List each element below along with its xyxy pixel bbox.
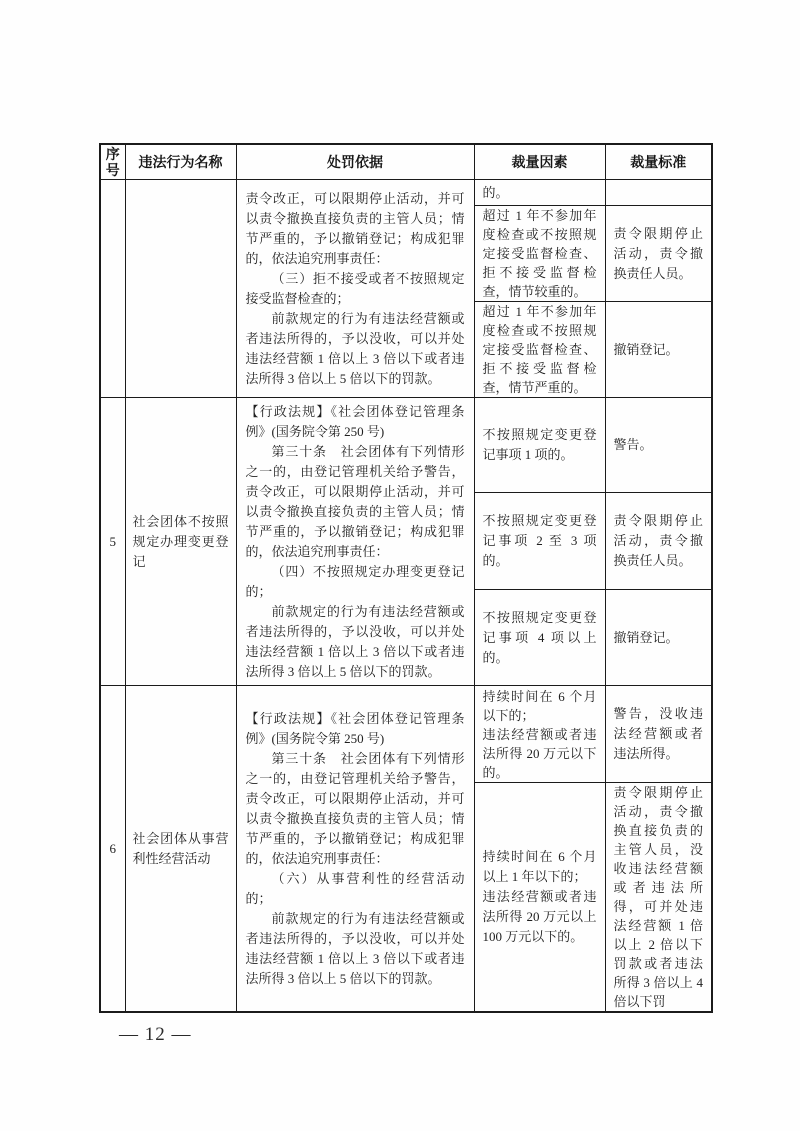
- r5-standard-cell-2: 责令限期停止活动，责令撤换责任人员。: [605, 493, 712, 590]
- table-row: 6 社会团体从事营利性经营活动 【行政法规】《社会团体登记管理条例》(国务院令第…: [100, 686, 712, 783]
- r6-factor-cell-2: 持续时间在 6 个月以上 1 年以下的；违法经营额或者违法所得 20 万元以上 …: [474, 783, 605, 1013]
- column-header-factor: 裁量因素: [474, 144, 605, 180]
- column-header-name: 违法行为名称: [125, 144, 236, 180]
- table-header-row: 序号 违法行为名称 处罚依据 裁量因素 裁量标准: [100, 144, 712, 180]
- r5-factor-cell-3: 不按照规定变更登记事项 4 项以上的。: [474, 590, 605, 686]
- r6-seq-cell: 6: [100, 686, 125, 1013]
- r6-name-cell: 社会团体从事营利性经营活动: [125, 686, 236, 1013]
- r5-basis-cell: 【行政法规】《社会团体登记管理条例》(国务院令第 250 号)第三十条 社会团体…: [236, 398, 474, 686]
- table-row: 责令改正，可以限期停止活动，并可以责令撤换直接负责的主管人员；情节严重的，予以撤…: [100, 180, 712, 206]
- r5-seq-cell: 5: [100, 398, 125, 686]
- r4-standard-cell-2: 责令限期停止活动，责令撤换责任人员。: [605, 206, 712, 302]
- r4-standard-cell-1: [605, 180, 712, 206]
- table-row: 5 社会团体不按照规定办理变更登记 【行政法规】《社会团体登记管理条例》(国务院…: [100, 398, 712, 493]
- r5-name-cell: 社会团体不按照规定办理变更登记: [125, 398, 236, 686]
- penalty-discretion-table: 序号 违法行为名称 处罚依据 裁量因素 裁量标准 责令改正，可以限期停止活动，并…: [99, 143, 713, 1013]
- r4-seq-cell: [100, 180, 125, 398]
- r6-factor-cell-1: 持续时间在 6 个月以下的；违法经营额或者违法所得 20 万元以下的。: [474, 686, 605, 783]
- r5-standard-cell-3: 撤销登记。: [605, 590, 712, 686]
- r4-basis-cell: 责令改正，可以限期停止活动，并可以责令撤换直接负责的主管人员；情节严重的，予以撤…: [236, 180, 474, 398]
- r6-standard-cell-1: 警告，没收违法经营额或者违法所得。: [605, 686, 712, 783]
- page-number: — 12 —: [119, 1024, 192, 1046]
- r5-factor-cell-1: 不按照规定变更登记事项 1 项的。: [474, 398, 605, 493]
- r5-factor-cell-2: 不按照规定变更登记事项 2 至 3 项的。: [474, 493, 605, 590]
- column-header-basis: 处罚依据: [236, 144, 474, 180]
- r4-factor-cell-2: 超过 1 年不参加年度检查或不按照规定接受监督检查、拒不接受监督检查，情节较重的…: [474, 206, 605, 302]
- column-header-standard: 裁量标准: [605, 144, 712, 180]
- column-header-seq: 序号: [100, 144, 125, 180]
- r6-standard-cell-2: 责令限期停止活动，责令撤换直接负责的主管人员，没收违法经营额或者违法所得，可并处…: [605, 783, 712, 1013]
- r5-standard-cell-1: 警告。: [605, 398, 712, 493]
- r4-standard-cell-3: 撤销登记。: [605, 302, 712, 398]
- r4-factor-cell-1: 的。: [474, 180, 605, 206]
- document-page: 序号 违法行为名称 处罚依据 裁量因素 裁量标准 责令改正，可以限期停止活动，并…: [0, 0, 800, 1131]
- r4-name-cell: [125, 180, 236, 398]
- r4-factor-cell-3: 超过 1 年不参加年度检查或不按照规定接受监督检查、拒不接受监督检查，情节严重的…: [474, 302, 605, 398]
- r6-basis-cell: 【行政法规】《社会团体登记管理条例》(国务院令第 250 号)第三十条 社会团体…: [236, 686, 474, 1013]
